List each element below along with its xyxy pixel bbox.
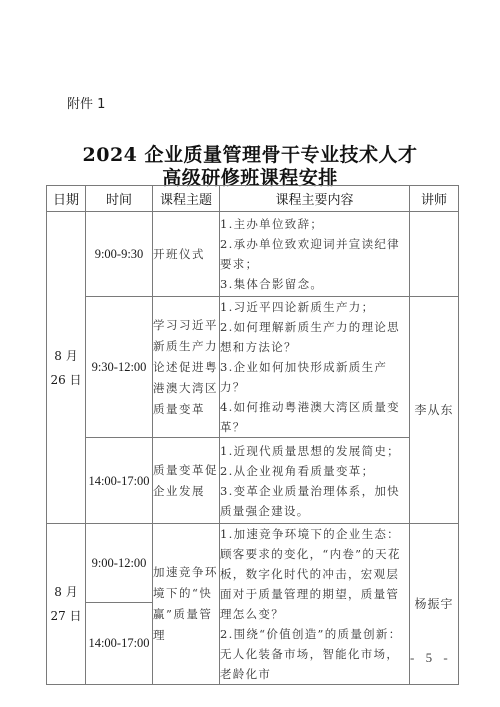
table-row: 9:30-12:00 学习习近平新质生产力论述促进粤港澳大湾区质量变革 1.习近… — [47, 297, 459, 438]
content-line: 2.围绕“价值创造”的质量创新：无人化装备市场，智能化市场，老龄化市 — [220, 624, 409, 684]
table-row: 8 月 26 日 9:00-9:30 开班仪式 1.主办单位致辞； 2.承办单位… — [47, 212, 459, 297]
time-cell: 9:30-12:00 — [86, 297, 153, 438]
attachment-label: 附件 1 — [67, 93, 105, 112]
topic-cell: 质量变革促企业发展 — [153, 438, 220, 524]
lecturer-cell — [410, 212, 459, 297]
date-day: 27 日 — [47, 604, 85, 628]
page-number: - 5 - — [410, 650, 452, 666]
content-line: 1.习近平四论新质生产力； — [220, 297, 409, 317]
header-content: 课程主要内容 — [220, 186, 410, 212]
content-line: 3.企业如何加快形成新质生产力？ — [220, 357, 409, 397]
course-schedule-table: 日期 时间 课程主题 课程主要内容 讲师 8 月 26 日 9:00-9:30 … — [46, 185, 459, 685]
date-month: 8 月 — [47, 580, 85, 604]
content-cell: 1.主办单位致辞； 2.承办单位致欢迎词并宣读纪律要求； 3.集体合影留念。 — [220, 212, 410, 297]
content-line: 3.变革企业质量治理体系，加快质量强企建设。 — [220, 481, 409, 521]
content-line: 3.集体合影留念。 — [220, 274, 409, 294]
header-topic: 课程主题 — [153, 186, 220, 212]
content-line: 1.加速竞争环境下的企业生态：顾客要求的变化，“内卷”的天花板，数字化时代的冲击… — [220, 524, 409, 624]
content-cell: 1.近现代质量思想的发展简史； 2.从企业视角看质量变革； 3.变革企业质量治理… — [220, 438, 410, 524]
time-cell: 14:00-17:00 — [86, 438, 153, 524]
content-line: 4.如何推动粤港澳大湾区质量变革？ — [220, 397, 409, 437]
time-cell: 9:00-12:00 — [86, 524, 153, 603]
date-month: 8 月 — [47, 344, 85, 368]
date-cell: 8 月 27 日 — [47, 524, 86, 685]
table-row: 8 月 27 日 9:00-12:00 加速竞争环境下的“快赢”质量管理 1.加… — [47, 524, 459, 603]
topic-cell: 加速竞争环境下的“快赢”质量管理 — [153, 524, 220, 685]
time-cell: 14:00-17:00 — [86, 602, 153, 684]
content-line: 2.如何理解新质生产力的理论思想和方法论？ — [220, 317, 409, 357]
header-date: 日期 — [47, 186, 86, 212]
time-cell: 9:00-9:30 — [86, 212, 153, 297]
lecturer-cell: 李从东 — [410, 297, 459, 524]
header-time: 时间 — [86, 186, 153, 212]
table-row: 14:00-17:00 质量变革促企业发展 1.近现代质量思想的发展简史； 2.… — [47, 438, 459, 524]
content-line: 2.承办单位致欢迎词并宣读纪律要求； — [220, 234, 409, 274]
content-line: 1.近现代质量思想的发展简史； — [220, 441, 409, 461]
header-lecturer: 讲师 — [410, 186, 459, 212]
date-cell: 8 月 26 日 — [47, 212, 86, 524]
topic-cell: 开班仪式 — [153, 212, 220, 297]
content-line: 1.主办单位致辞； — [220, 214, 409, 234]
topic-cell: 学习习近平新质生产力论述促进粤港澳大湾区质量变革 — [153, 297, 220, 438]
content-cell: 1.习近平四论新质生产力； 2.如何理解新质生产力的理论思想和方法论？ 3.企业… — [220, 297, 410, 438]
content-line: 2.从企业视角看质量变革； — [220, 461, 409, 481]
table-header-row: 日期 时间 课程主题 课程主要内容 讲师 — [47, 186, 459, 212]
content-cell: 1.加速竞争环境下的企业生态：顾客要求的变化，“内卷”的天花板，数字化时代的冲击… — [220, 524, 410, 685]
date-day: 26 日 — [47, 368, 85, 392]
